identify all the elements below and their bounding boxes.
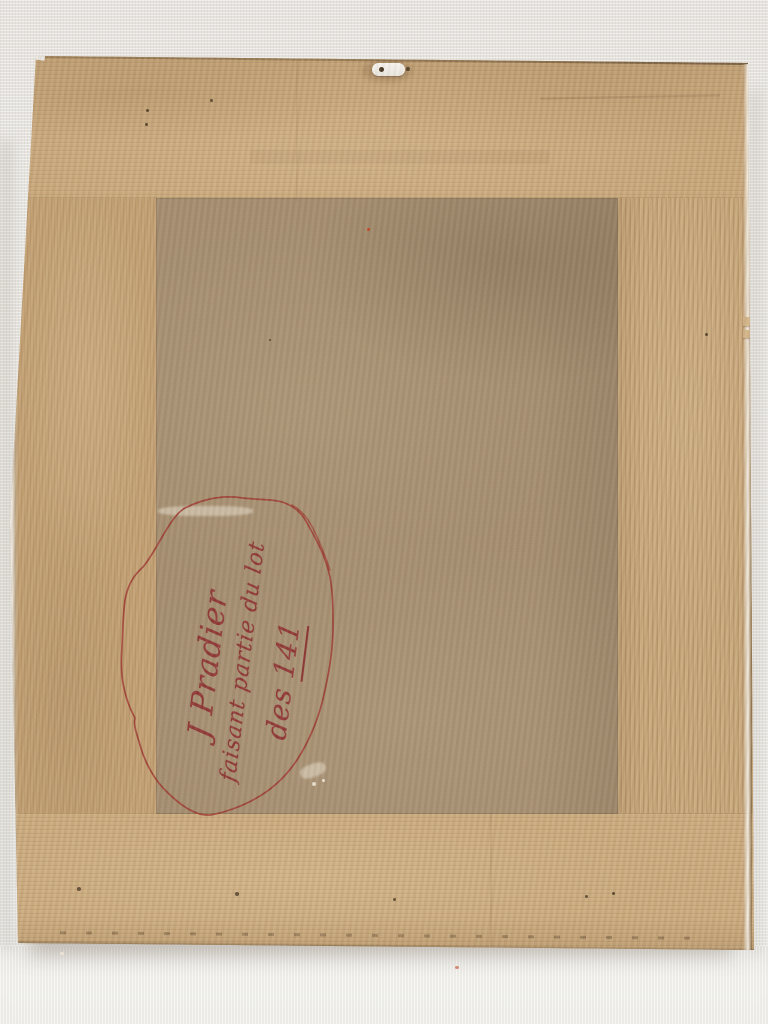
frame-back: J Pradier faisant partie du lot des 141 <box>0 0 768 1024</box>
kraft-seam <box>296 56 298 201</box>
floor-surface <box>0 946 768 1024</box>
nail-hole <box>393 898 396 901</box>
paper-speck <box>705 333 708 336</box>
dust-speck <box>60 952 64 955</box>
paper-speck <box>210 99 213 102</box>
nail-hole <box>235 892 239 896</box>
hanger-hole <box>379 67 384 72</box>
paper-speck <box>269 339 271 341</box>
red-paint-dot <box>367 228 370 231</box>
photograph: J Pradier faisant partie du lot des 141 <box>0 0 768 1024</box>
dust-speck <box>455 966 459 969</box>
kraft-column-right <box>616 198 768 815</box>
hanger-tab <box>372 63 405 76</box>
kraft-band-bottom <box>0 813 768 958</box>
nail-hole <box>77 887 81 891</box>
paper-speck <box>146 109 149 112</box>
paper-speck <box>145 123 148 126</box>
nail-hole <box>612 892 615 895</box>
nail-hole <box>585 895 588 898</box>
kraft-seam <box>490 814 492 946</box>
nail-hole <box>406 67 410 71</box>
lot-number: 141 <box>267 618 309 682</box>
handwriting-word-des: des <box>260 684 299 743</box>
